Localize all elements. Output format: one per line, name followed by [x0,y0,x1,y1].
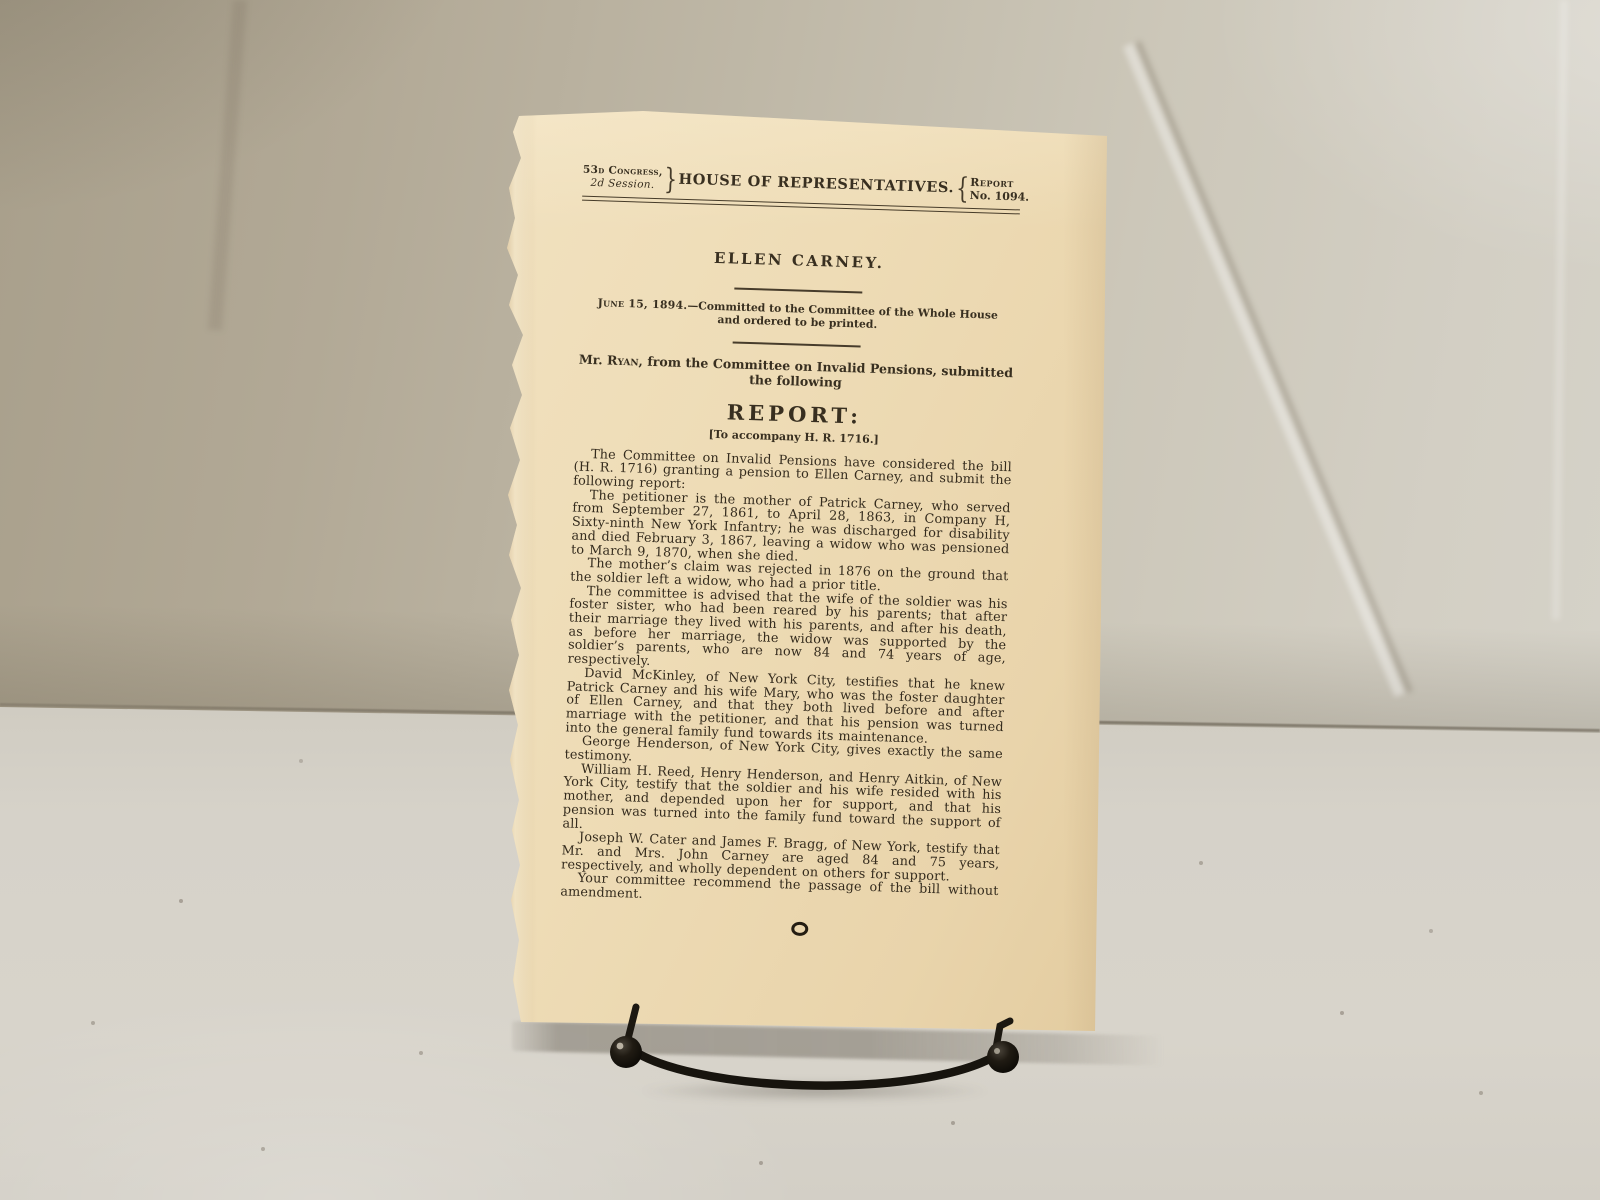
session-line: 2d Session. [582,176,662,191]
stand-ball-right-highlight [994,1048,1000,1054]
date-rest: —Committed to the Committee of the Whole… [687,299,998,331]
end-ornament-icon [791,921,808,936]
report-label: Report [970,175,1030,190]
stand-wire-arc [626,1045,997,1086]
submitted-prefix: Mr. [579,352,608,368]
submitter-name: Ryan [607,353,639,369]
date-text: June 15, 1894. [597,296,687,312]
report-body: The Committee on Invalid Pensions have c… [560,447,1012,913]
separator-rule-2 [733,341,861,347]
left-brace: } [664,162,678,196]
submitted-line: Mr. Ryan, from the Committee on Invalid … [576,352,1015,396]
report-number-block: Report No. 1094. [970,175,1030,203]
date-line: June 15, 1894.—Committed to the Committe… [587,296,1008,335]
right-brace: { [955,171,969,205]
stand-ball-right [987,1041,1019,1073]
photo-scene: { "photo": { "backdrop_color": "#b7ae9c"… [0,0,1600,1200]
body-paragraph: The committee is advised that the wife o… [567,584,1007,680]
stand-ball-left [610,1036,642,1068]
report-number: No. 1094. [970,188,1030,203]
submitted-rest: , from the Committee on Invalid Pensions… [638,354,1013,390]
document-page: 53d Congress, 2d Session. } HOUSE OF REP… [503,110,1109,1032]
display-stand [560,985,1060,1125]
page-content: 53d Congress, 2d Session. } HOUSE OF REP… [476,107,1111,1048]
congress-session-block: 53d Congress, 2d Session. [582,164,663,191]
stand-ball-left-highlight [617,1043,624,1050]
chamber-title: HOUSE OF REPRESENTATIVES. [678,171,954,197]
document-title: ELLEN CARNEY. [580,245,1018,277]
separator-rule-1 [734,287,862,293]
